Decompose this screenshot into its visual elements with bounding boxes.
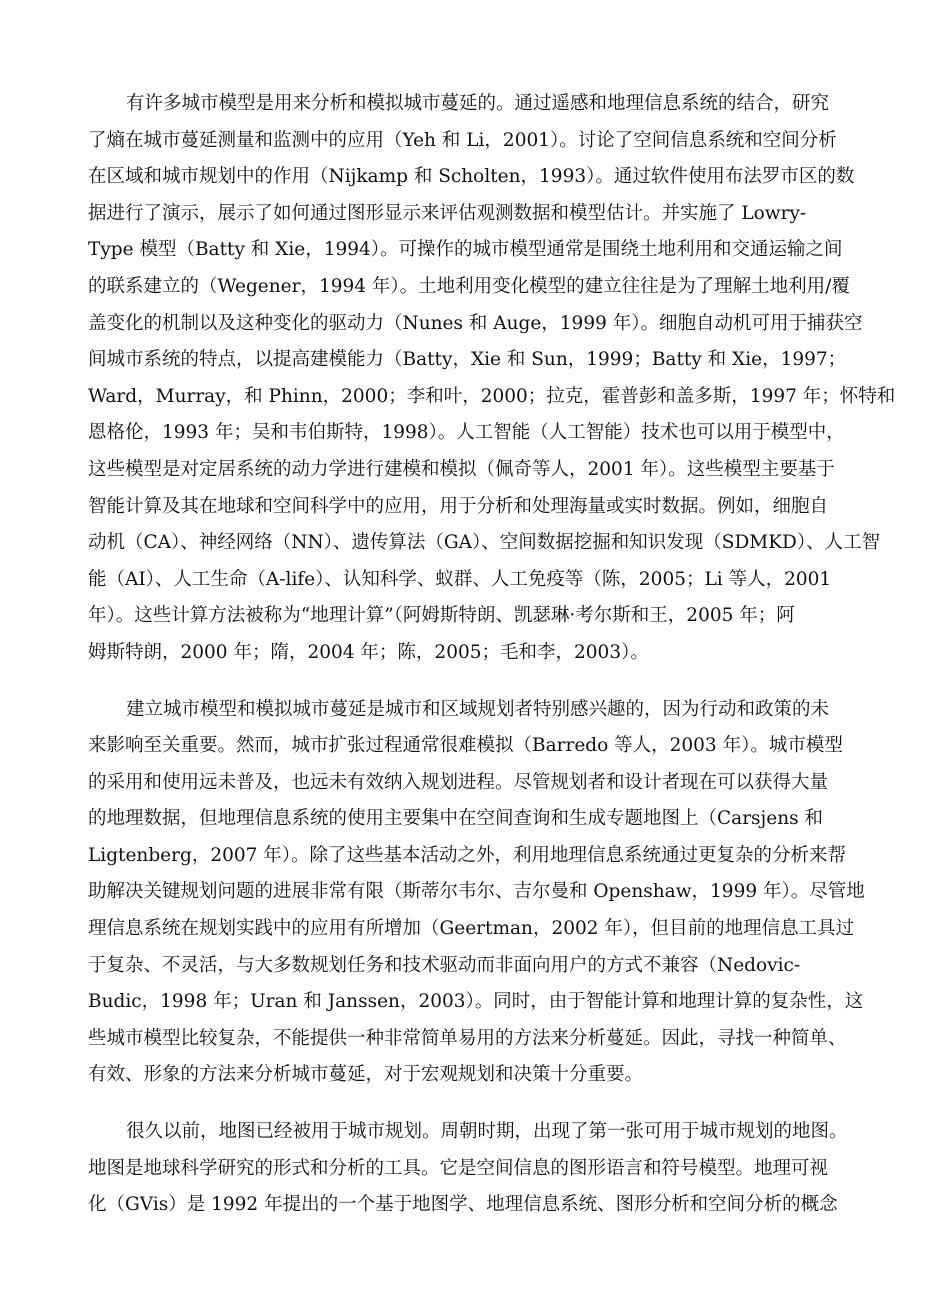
text-line: 恩格伦，1993 年；吴和韦伯斯特，1998）。人工智能（人工智能）技术也可以用… bbox=[88, 415, 852, 452]
text-line: 些城市模型比较复杂，不能提供一种非常简单易用的方法来分析蔓延。因此，寻找一种简单… bbox=[88, 1021, 852, 1058]
text-line: 的采用和使用远未普及，也远未有效纳入规划进程。尽管规划者和设计者现在可以获得大量 bbox=[88, 765, 852, 802]
text-line: Budic，1998 年；Uran 和 Janssen，2003）。同时，由于智… bbox=[88, 984, 852, 1021]
text-line: 的联系建立的（Wegener，1994 年）。土地利用变化模型的建立往往是为了理… bbox=[88, 269, 852, 306]
text-line: Type 模型（Batty 和 Xie，1994）。可操作的城市模型通常是围绕土… bbox=[88, 232, 852, 269]
text-line: 很久以前，地图已经被用于城市规划。周朝时期，出现了第一张可用于城市规划的地图。 bbox=[88, 1114, 852, 1151]
paragraph-spacer bbox=[88, 672, 852, 692]
paragraph-2: 建立城市模型和模拟城市蔓延是城市和区域规划者特别感兴趣的，因为行动和政策的未 来… bbox=[88, 692, 852, 1095]
text-line: 盖变化的机制以及这种变化的驱动力（Nunes 和 Auge，1999 年）。细胞… bbox=[88, 306, 852, 343]
text-line: 年）。这些计算方法被称为“地理计算”（阿姆斯特朗、凯瑟琳·考尔斯和王，2005 … bbox=[88, 598, 852, 635]
text-line: 动机（CA）、神经网络（NN）、遗传算法（GA）、空间数据挖掘和知识发现（SDM… bbox=[88, 525, 852, 562]
text-line: 助解决关键规划问题的进展非常有限（斯蒂尔韦尔、吉尔曼和 Openshaw，199… bbox=[88, 874, 852, 911]
text-line: Ward，Murray，和 Phinn，2000；李和叶，2000；拉克，霍普彭… bbox=[88, 379, 852, 416]
text-line: 间城市系统的特点，以提高建模能力（Batty，Xie 和 Sun，1999；Ba… bbox=[88, 342, 852, 379]
text-line: 化（GVis）是 1992 年提出的一个基于地图学、地理信息系统、图形分析和空间… bbox=[88, 1187, 852, 1224]
text-line: 智能计算及其在地球和空间科学中的应用，用于分析和处理海量或实时数据。例如，细胞自 bbox=[88, 489, 852, 526]
text-line: 于复杂、不灵活，与大多数规划任务和技术驱动而非面向用户的方式不兼容（Nedovi… bbox=[88, 948, 852, 985]
text-line: 有许多城市模型是用来分析和模拟城市蔓延的。通过遥感和地理信息系统的结合，研究 bbox=[88, 86, 852, 123]
text-line: Ligtenberg，2007 年）。除了这些基本活动之外，利用地理信息系统通过… bbox=[88, 838, 852, 875]
document-page: 有许多城市模型是用来分析和模拟城市蔓延的。通过遥感和地理信息系统的结合，研究 了… bbox=[88, 86, 852, 1224]
paragraph-1: 有许多城市模型是用来分析和模拟城市蔓延的。通过遥感和地理信息系统的结合，研究 了… bbox=[88, 86, 852, 672]
text-line: 能（AI）、人工生命（A-life）、认知科学、蚁群、人工免疫等（陈，2005；… bbox=[88, 562, 852, 599]
text-line: 有效、形象的方法来分析城市蔓延，对于宏观规划和决策十分重要。 bbox=[88, 1057, 852, 1094]
text-line: 在区域和城市规划中的作用（Nijkamp 和 Scholten，1993）。通过… bbox=[88, 159, 852, 196]
text-line: 地图是地球科学研究的形式和分析的工具。它是空间信息的图形语言和符号模型。地理可视 bbox=[88, 1151, 852, 1188]
text-line: 据进行了演示，展示了如何通过图形显示来评估观测数据和模型估计。并实施了 Lowr… bbox=[88, 196, 852, 233]
text-line: 了熵在城市蔓延测量和监测中的应用（Yeh 和 Li，2001）。讨论了空间信息系… bbox=[88, 123, 852, 160]
text-line: 来影响至关重要。然而，城市扩张过程通常很难模拟（Barredo 等人，2003 … bbox=[88, 728, 852, 765]
text-line: 这些模型是对定居系统的动力学进行建模和模拟（佩奇等人，2001 年）。这些模型主… bbox=[88, 452, 852, 489]
paragraph-spacer bbox=[88, 1094, 852, 1114]
text-line: 的地理数据，但地理信息系统的使用主要集中在空间查询和生成专题地图上（Carsje… bbox=[88, 801, 852, 838]
text-line: 理信息系统在规划实践中的应用有所增加（Geertman，2002 年），但目前的… bbox=[88, 911, 852, 948]
text-line: 建立城市模型和模拟城市蔓延是城市和区域规划者特别感兴趣的，因为行动和政策的未 bbox=[88, 692, 852, 729]
paragraph-3: 很久以前，地图已经被用于城市规划。周朝时期，出现了第一张可用于城市规划的地图。 … bbox=[88, 1114, 852, 1224]
text-line: 姆斯特朗，2000 年；隋，2004 年；陈，2005；毛和李，2003）。 bbox=[88, 635, 852, 672]
